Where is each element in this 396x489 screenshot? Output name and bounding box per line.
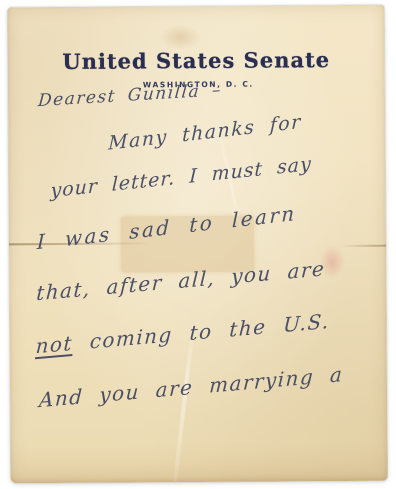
handwriting-line-6: not coming to the U.S.	[35, 309, 330, 358]
handwriting-line-7: And you are marrying a	[38, 362, 344, 412]
handwriting-line-2: Many thanks for	[108, 111, 302, 155]
letterhead-title: United States Senate	[8, 47, 385, 75]
handwriting-underlined-word: not	[35, 331, 74, 358]
fold-crease-right	[340, 245, 386, 247]
handwriting-line-3: your letter. I must say	[50, 153, 312, 202]
letter-photo: United States Senate WASHINGTON, D. C. D…	[0, 0, 396, 489]
stain-top	[159, 24, 201, 50]
handwriting-line-6-rest: coming to the U.S.	[72, 309, 330, 355]
letter-paper: United States Senate WASHINGTON, D. C. D…	[7, 5, 387, 484]
vertical-crease	[173, 324, 195, 481]
